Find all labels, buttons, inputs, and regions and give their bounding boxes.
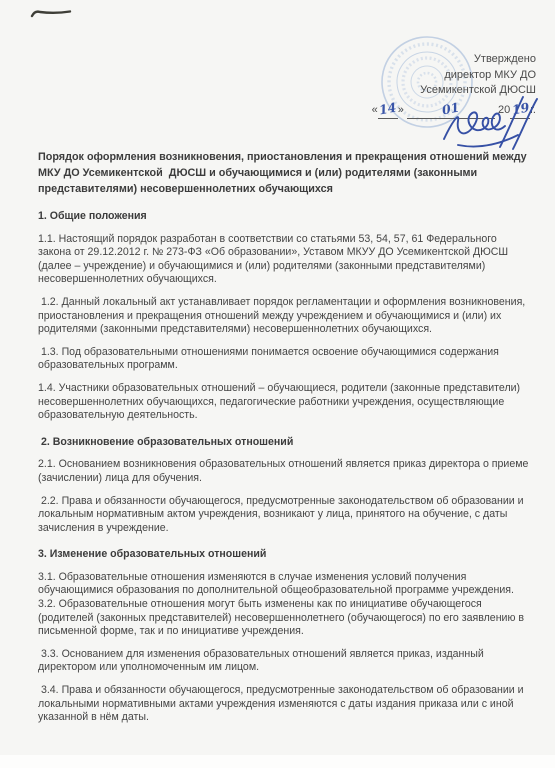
quote-close: » — [398, 104, 404, 116]
paragraph-3-2: 3.2. Образовательные отношения могут быт… — [38, 598, 532, 639]
document-page: Утверждено директор МКУ ДО Усемикентской… — [0, 0, 555, 768]
paragraph-1-3: 1.3. Под образовательными отношениями по… — [38, 346, 532, 373]
paragraph-2-1: 2.1. Основанием возникновения образовате… — [38, 458, 532, 485]
paragraph-2-2: 2.2. Права и обязанности обучающегося, п… — [38, 495, 532, 536]
paragraph-1-4: 1.4. Участники образовательных отношений… — [38, 382, 532, 423]
approval-line: директор МКУ ДО — [372, 68, 536, 84]
handwritten-signature-icon — [438, 93, 543, 155]
paragraph-1-1: 1.1. Настоящий порядок разработан в соот… — [38, 233, 532, 287]
document-body: 1. Общие положения 1.1. Настоящий порядо… — [38, 197, 532, 725]
paragraph-3-3: 3.3. Основанием для изменения образовате… — [38, 648, 532, 675]
paragraph-3-1: 3.1. Образовательные отношения изменяютс… — [38, 571, 532, 598]
section-heading-2: 2. Возникновение образовательных отношен… — [38, 436, 532, 450]
approval-line: Утверждено — [372, 52, 536, 68]
handwritten-day: 14 — [378, 99, 398, 117]
section-heading-3: 3. Изменение образовательных отношений — [38, 548, 532, 562]
scan-edge — [0, 755, 555, 768]
section-heading-1: 1. Общие положения — [38, 210, 532, 224]
paragraph-3-4: 3.4. Права и обязанности обучающегося, п… — [38, 684, 532, 725]
document-title: Порядок оформления возникновения, приост… — [38, 149, 537, 197]
pen-stroke-icon — [28, 5, 74, 23]
paragraph-1-2: 1.2. Данный локальный акт устанавливает … — [38, 296, 532, 337]
